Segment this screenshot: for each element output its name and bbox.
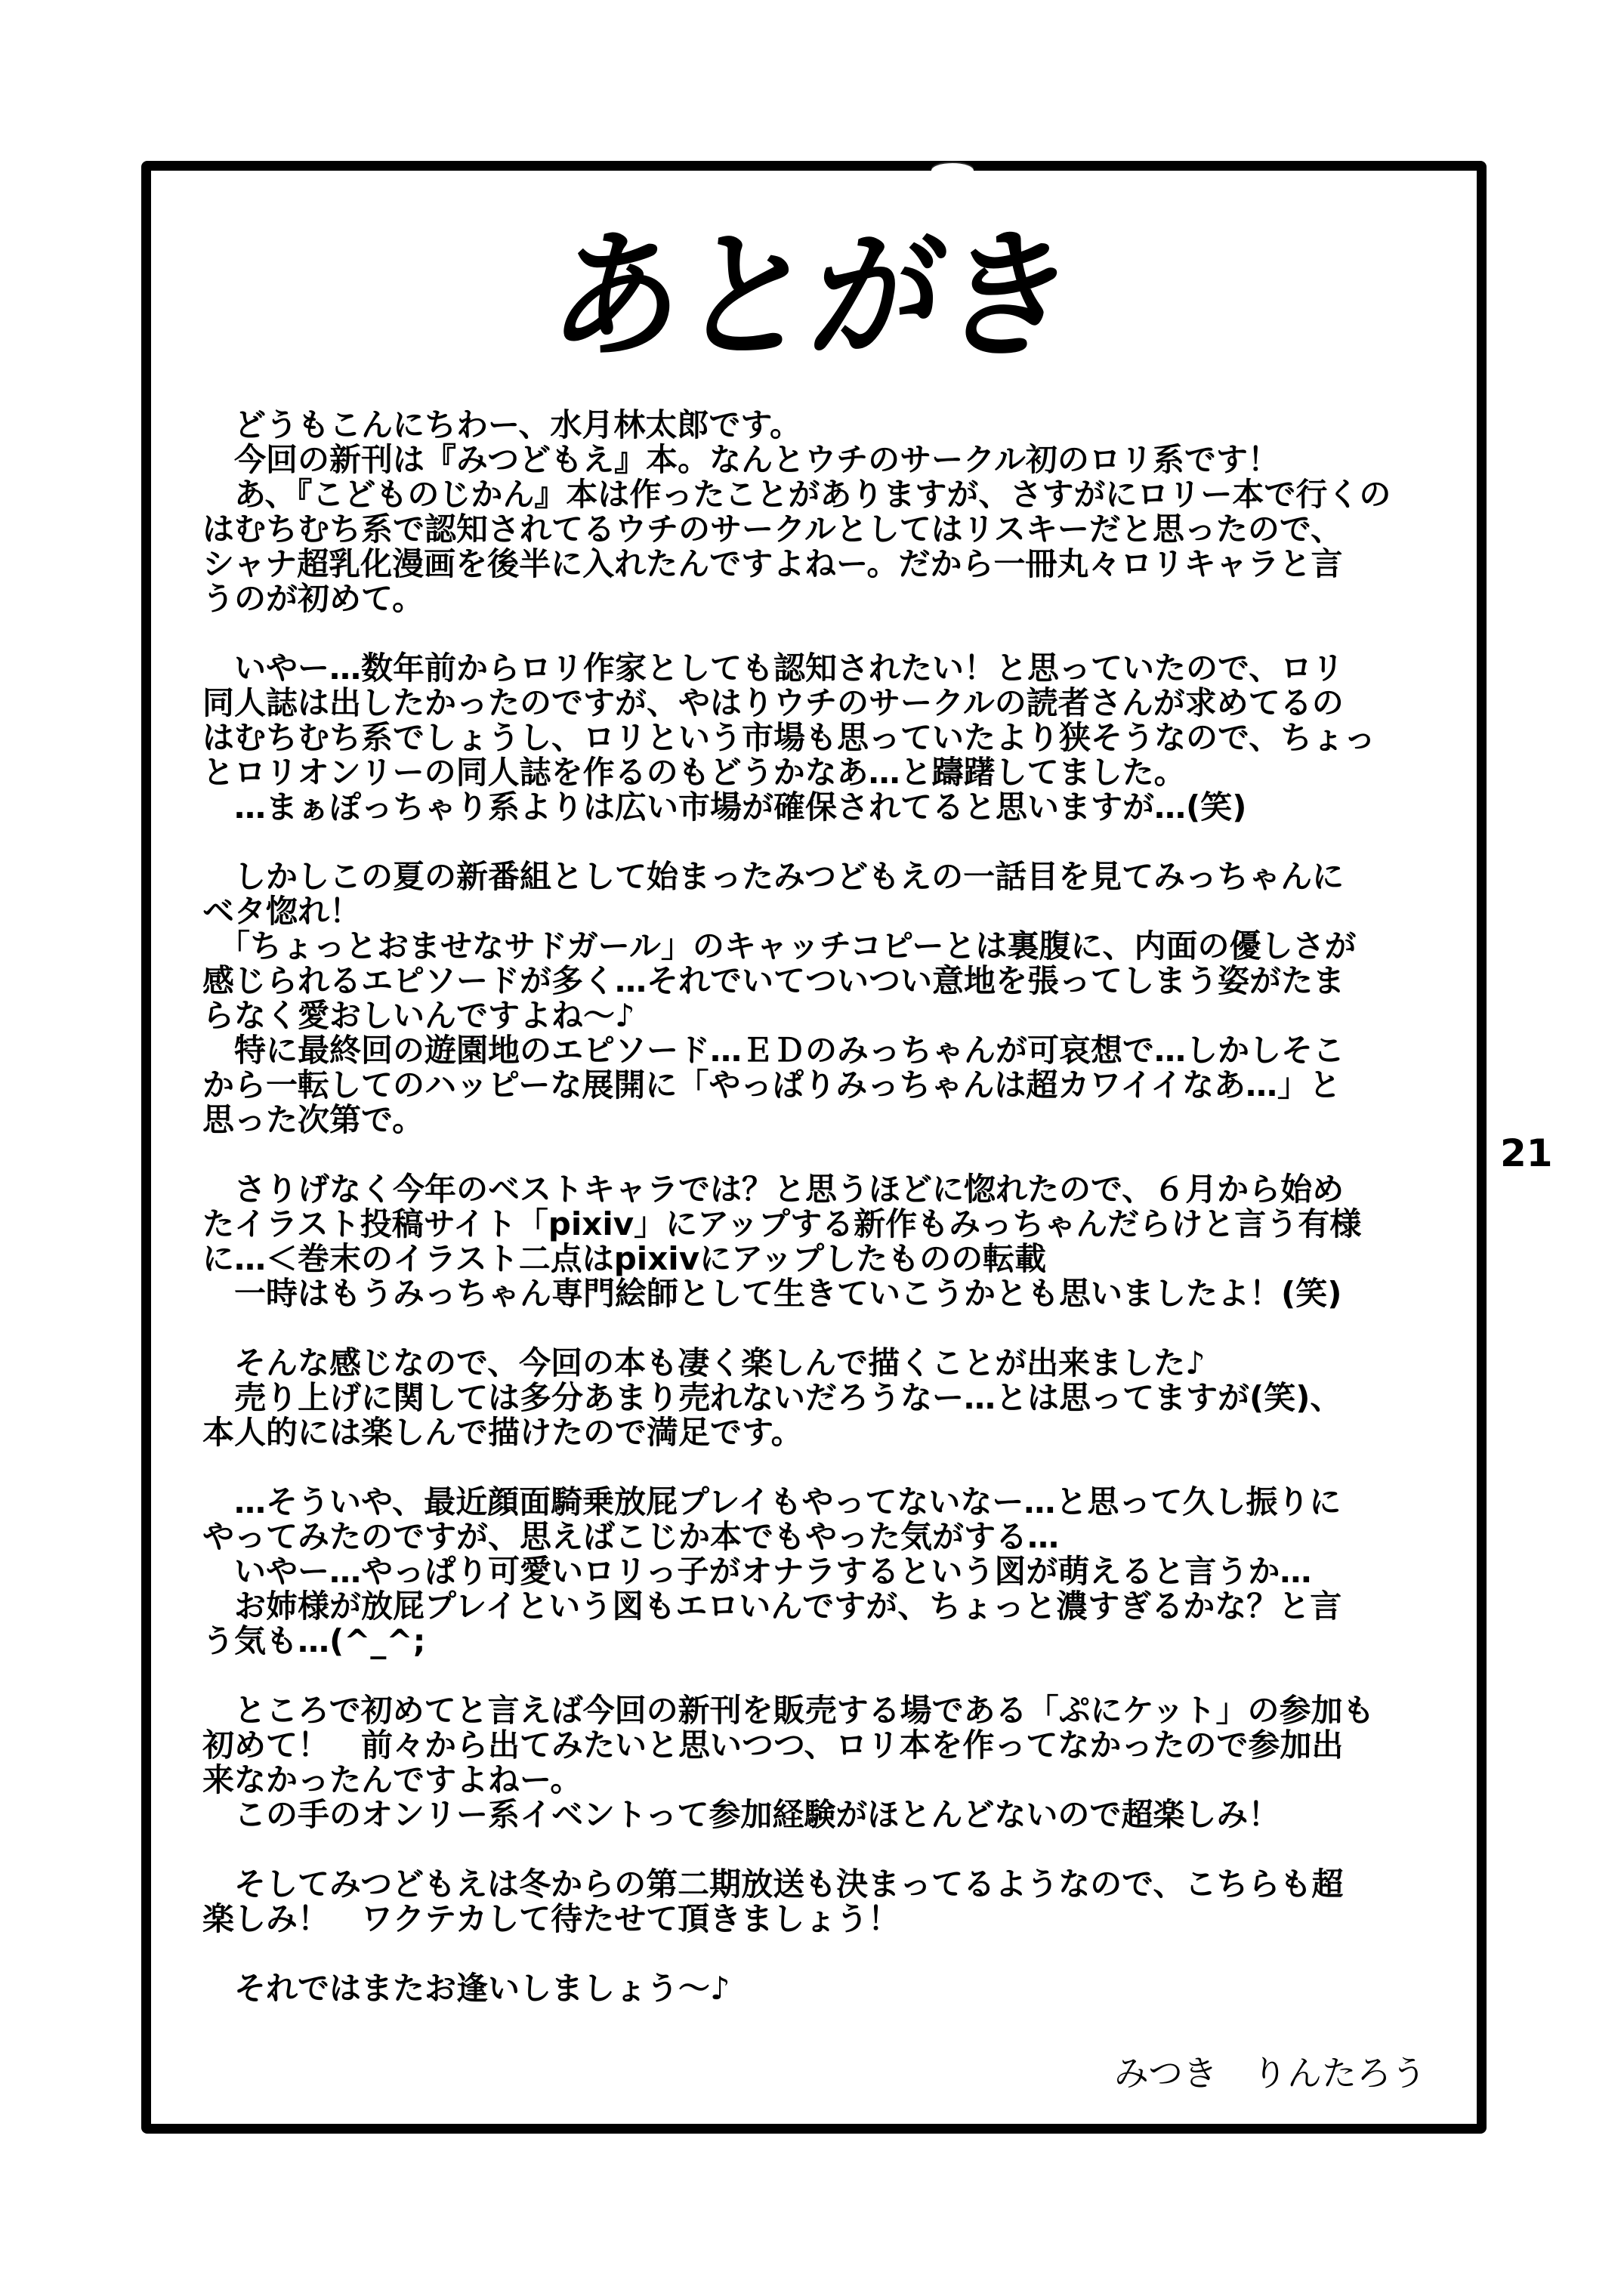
afterword-title: あとがき [194,227,1434,366]
afterword-body: どうもこんにちわー、水月林太郎です。 今回の新刊は『みつどもえ』本。なんとウチの… [202,408,1471,2006]
author-signature: みつき りんたろう [1114,2046,1426,2096]
body-line: 特に最終回の遊園地のエピソード…ＥＤのみっちゃんが可哀想で…しかしそこ [202,1033,1471,1068]
paragraph-8: そしてみつどもえは冬からの第二期放送も決まってるようなので、こちらも超 楽しみ！… [202,1867,1471,1937]
body-line: 思った次第で。 [202,1103,1471,1137]
body-line: う気も…(^_^; [202,1624,1471,1659]
body-line: たイラスト投稿サイト「pixiv」にアップする新作もみっちゃんだらけと言う有様 [202,1207,1471,1242]
paragraph-7: ところで初めてと言えば今回の新刊を販売する場である「ぷにケット」の参加も 初めて… [202,1693,1471,1832]
body-line: うのが初めて。 [202,582,1471,616]
body-line: 同人誌は出したかったのですが、やはりウチのサークルの読者さんが求めてるの [202,686,1471,721]
body-line: それではまたお逢いしましょう〜♪ [202,1971,1471,2006]
body-line: …そういや、最近顔面騎乗放屁プレイもやってないなー…と思って久し振りに [202,1485,1471,1520]
body-line: ベタ惚れ！ [202,894,1471,929]
body-line: お姉様が放屁プレイという図もエロいんですが、ちょっと濃すぎるかな？と言 [202,1589,1471,1624]
body-line: やってみたのですが、思えばこじか本でもやった気がする… [202,1520,1471,1554]
page-frame: あとがき どうもこんにちわー、水月林太郎です。 今回の新刊は『みつどもえ』本。な… [141,161,1487,2134]
body-line: あ、『こどものじかん』本は作ったことがありますが、さすがにロリー本で行くの [202,477,1471,512]
body-line: 本人的には楽しんで描けたので満足です。 [202,1415,1471,1450]
paragraph-9: それではまたお逢いしましょう〜♪ [202,1971,1471,2006]
body-line: いやー…数年前からロリ作家としても認知されたい！と思っていたので、ロリ [202,651,1471,686]
scanned-page: 21 あとがき どうもこんにちわー、水月林太郎です。 今回の新刊は『みつどもえ』… [0,0,1624,2293]
body-line: そんな感じなので、今回の本も凄く楽しんで描くことが出来ました♪ [202,1346,1471,1381]
body-line: どうもこんにちわー、水月林太郎です。 [202,408,1471,443]
body-line: 今回の新刊は『みつどもえ』本。なんとウチのサークル初のロリ系です！ [202,443,1471,477]
body-line: 売り上げに関しては多分あまり売れないだろうなー…とは思ってますが(笑)、 [202,1381,1471,1415]
body-line: しかしこの夏の新番組として始まったみつどもえの一話目を見てみっちゃんに [202,859,1471,894]
body-line: 来なかったんですよねー。 [202,1763,1471,1798]
paragraph-3: しかしこの夏の新番組として始まったみつどもえの一話目を見てみっちゃんに ベタ惚れ… [202,859,1471,1137]
paragraph-5: そんな感じなので、今回の本も凄く楽しんで描くことが出来ました♪ 売り上げに関して… [202,1346,1471,1450]
paragraph-6: …そういや、最近顔面騎乗放屁プレイもやってないなー…と思って久し振りに やってみ… [202,1485,1471,1659]
body-line: に…＜巻末のイラスト二点はpixivにアップしたものの転載 [202,1242,1471,1276]
body-line: 楽しみ！ ワクテカして待たせて頂きましょう！ [202,1902,1471,1937]
page-number: 21 [1500,1131,1553,1175]
paragraph-1: どうもこんにちわー、水月林太郎です。 今回の新刊は『みつどもえ』本。なんとウチの… [202,408,1471,616]
body-line: …まぁぽっちゃり系よりは広い市場が確保されてると思いますが…(笑) [202,790,1471,825]
paragraph-2: いやー…数年前からロリ作家としても認知されたい！と思っていたので、ロリ 同人誌は… [202,651,1471,825]
body-line: この手のオンリー系イベントって参加経験がほとんどないので超楽しみ！ [202,1798,1471,1832]
scan-artifact-notch [931,163,974,171]
body-line: はむちむち系でしょうし、ロリという市場も思っていたより狭そうなので、ちょっ [202,721,1471,755]
body-line: はむちむち系で認知されてるウチのサークルとしてはリスキーだと思ったので、 [202,512,1471,547]
body-line: 初めて！ 前々から出てみたいと思いつつ、ロリ本を作ってなかったので参加出 [202,1728,1471,1763]
body-line: から一転してのハッピーな展開に「やっぱりみっちゃんは超カワイイなあ…」と [202,1068,1471,1103]
body-line: 感じられるエピソードが多く…それでいてついつい意地を張ってしまう姿がたま [202,964,1471,998]
body-line: とロリオンリーの同人誌を作るのもどうかなあ…と躊躇してました。 [202,755,1471,790]
body-line: 一時はもうみっちゃん専門絵師として生きていこうかとも思いましたよ！(笑) [202,1276,1471,1311]
body-line: らなく愛おしいんですよね〜♪ [202,998,1471,1033]
body-line: 「ちょっとおませなサドガール」のキャッチコピーとは裏腹に、内面の優しさが [202,929,1471,964]
body-line: いやー…やっぱり可愛いロリっ子がオナラするという図が萌えると言うか… [202,1554,1471,1589]
body-line: ところで初めてと言えば今回の新刊を販売する場である「ぷにケット」の参加も [202,1693,1471,1728]
body-line: さりげなく今年のベストキャラでは？と思うほどに惚れたので、６月から始め [202,1172,1471,1207]
body-line: そしてみつどもえは冬からの第二期放送も決まってるようなので、こちらも超 [202,1867,1471,1902]
paragraph-4: さりげなく今年のベストキャラでは？と思うほどに惚れたので、６月から始め たイラス… [202,1172,1471,1311]
body-line: シャナ超乳化漫画を後半に入れたんですよねー。だから一冊丸々ロリキャラと言 [202,547,1471,582]
